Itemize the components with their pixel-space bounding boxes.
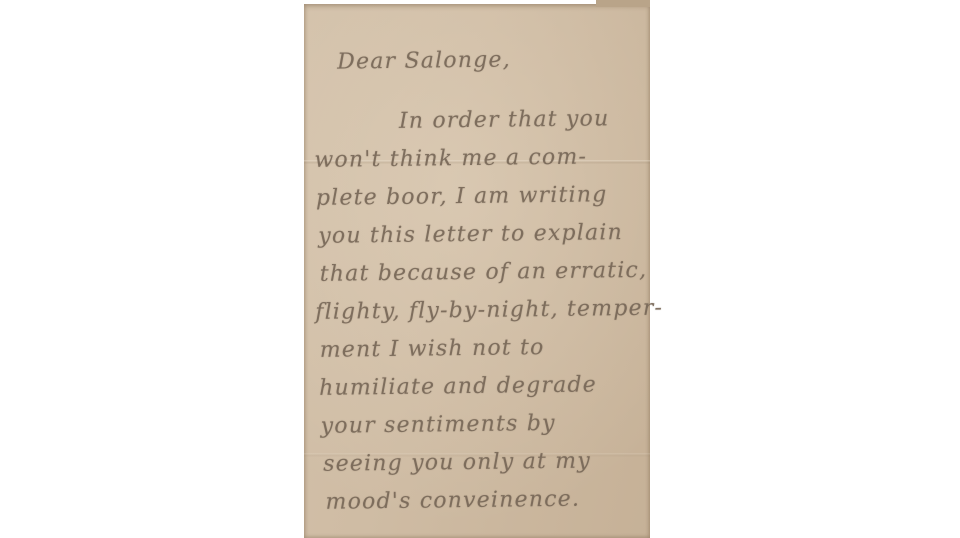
letter-line: your sentiments by	[320, 404, 654, 446]
paper-edge-shadow	[596, 0, 650, 7]
letter-paper: Dear Salonge, In order that you won't th…	[304, 4, 650, 538]
letter-photo: Dear Salonge, In order that you won't th…	[0, 0, 960, 538]
letter-line: seeing you only at my	[323, 442, 655, 484]
letter-line: ment I wish not to	[320, 328, 654, 370]
letter-line: that because of an erratic,	[320, 252, 653, 294]
letter-line: you this letter to explain	[318, 214, 652, 256]
letter-line: mood's conveinence.	[325, 480, 655, 522]
letter-line: flighty, fly-by-night, temper-	[315, 290, 653, 332]
letter-line: In order that you	[399, 100, 651, 141]
letter-line: plete boor, I am writing	[316, 176, 652, 218]
letter-text: Dear Salonge, In order that you won't th…	[304, 40, 656, 522]
letter-line: won't think me a com-	[314, 138, 651, 180]
salutation: Dear Salonge,	[337, 40, 650, 82]
letter-line: humiliate and degrade	[319, 366, 654, 408]
